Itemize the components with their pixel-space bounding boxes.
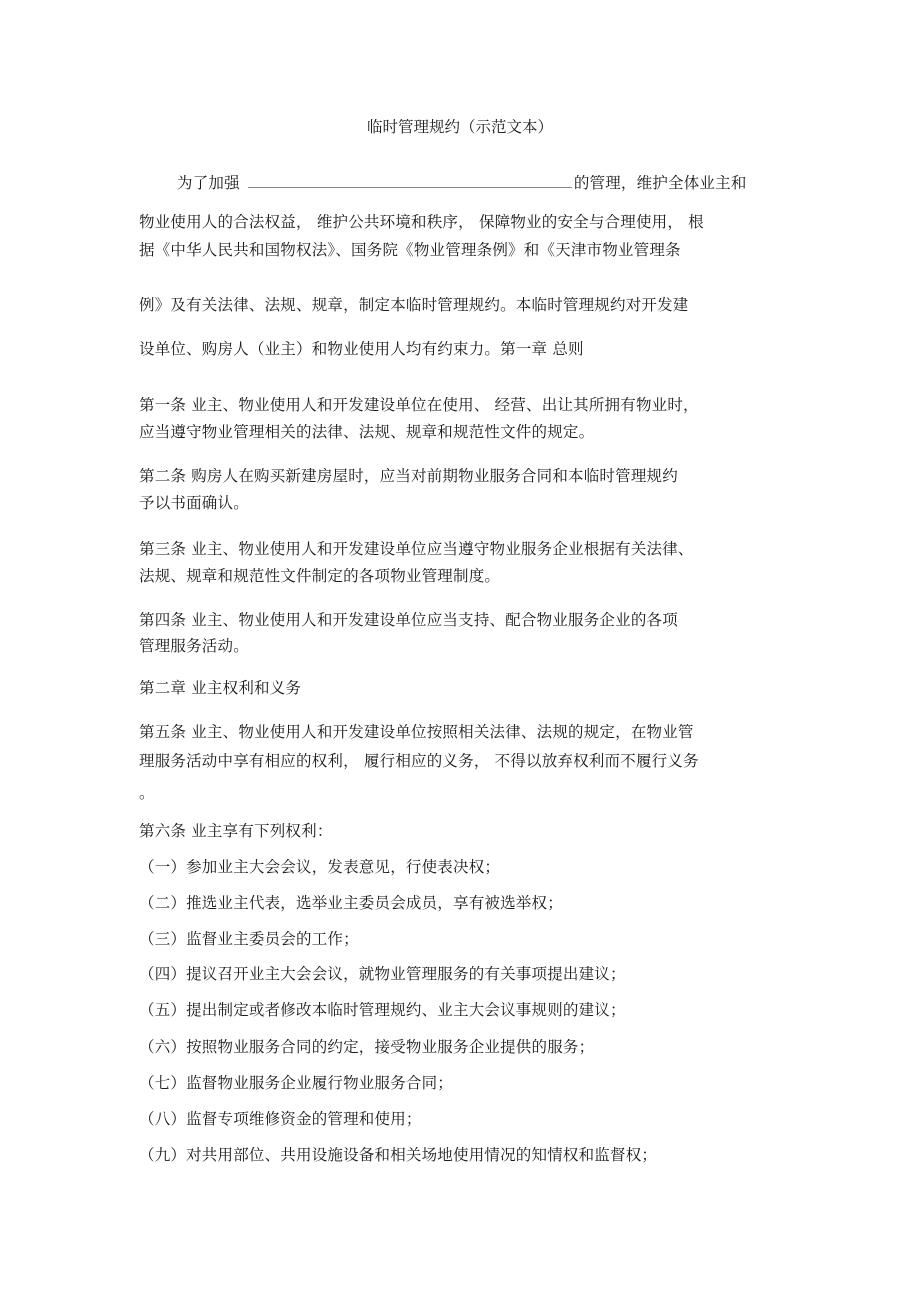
chapter-2-heading: 第二章 业主权利和义务 [139,678,301,698]
preamble-lead-text: 为了加强 [177,174,240,192]
article-6-heading: 第六条 业主享有下列权利： [139,821,333,841]
rights-item: （五）提出制定或者修改本临时管理规约、业主大会议事规则的建议； [139,1000,626,1020]
preamble-line: 例》及有关法律、法规、规章，制定本临时管理规约。本临时管理规约对开发建 [139,295,689,315]
article-5-line: 第五条 业主、物业使用人和开发建设单位按照相关法律、法规的规定，在物业管 [139,722,694,742]
rights-item: （八）监督专项维修资金的管理和使用； [139,1109,422,1129]
article-5-line: 理服务活动中享有相应的权利， 履行相应的义务， 不得以放弃权利而不履行义务 [139,751,699,771]
article-4-line: 管理服务活动。 [139,636,249,656]
rights-item: （七）监督物业服务企业履行物业服务合同； [139,1073,453,1093]
preamble-line: 设单位、购房人（业主）和物业使用人均有约束力。第一章 总则 [139,339,584,359]
preamble-first-line: 为了加强的管理，维护全体业主和 [177,171,747,193]
article-2-line: 予以书面确认。 [139,493,249,513]
rights-item: （九）对共用部位、共用设施设备和相关场地使用情况的知情权和监督权； [139,1145,657,1165]
preamble-line: 据《中华人民共和国物权法》、国务院《物业管理条例》和《天津市物业管理条 [139,240,681,260]
article-3-line: 法规、规章和规范性文件制定的各项物业管理制度。 [139,566,500,586]
rights-item: （一）参加业主大会会议，发表意见，行使表决权； [139,857,500,877]
preamble-line: 物业使用人的合法权益， 维护公共环境和秩序， 保障物业的安全与合理使用， 根 [139,212,704,232]
rights-item: （三）监督业主委员会的工作； [139,929,359,949]
article-1-line: 第一条 业主、物业使用人和开发建设单位在使用、 经营、出让其所拥有物业时， [139,395,699,415]
rights-item: （四）提议召开业主大会会议，就物业管理服务的有关事项提出建议； [139,964,626,984]
document-page: 临时管理规约（示范文本） 为了加强的管理，维护全体业主和 物业使用人的合法权益，… [0,0,920,1303]
rights-item: （六）按照物业服务合同的约定，接受物业服务企业提供的服务； [139,1037,594,1057]
article-5-line: 。 [139,783,155,803]
article-3-line: 第三条 业主、物业使用人和开发建设单位应当遵守物业服务企业根据有关法律、 [139,539,694,559]
article-2-line: 第二条 购房人在购买新建房屋时，应当对前期物业服务合同和本临时管理规约 [139,466,678,486]
article-4-line: 第四条 业主、物业使用人和开发建设单位应当支持、配合物业服务企业的各项 [139,610,678,630]
preamble-continued-text: 的管理，维护全体业主和 [574,174,747,192]
rights-item: （二）推选业主代表，选举业主委员会成员，享有被选举权； [139,893,563,913]
article-1-line: 应当遵守物业管理相关的法律、法规、规章和规范性文件的规定。 [139,422,594,442]
fill-in-blank[interactable] [248,171,572,188]
document-title: 临时管理规约（示范文本） [0,117,920,137]
